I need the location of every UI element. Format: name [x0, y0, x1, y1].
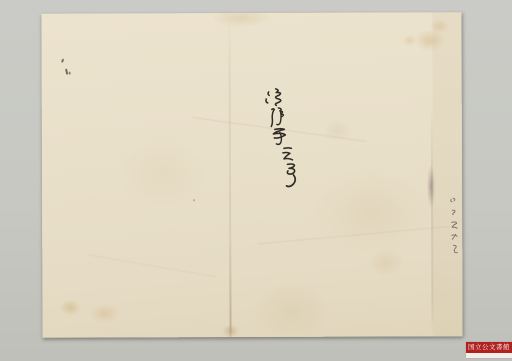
scanned-document-view: 国立公文書館 National Archives of Japan — [0, 0, 512, 361]
main-title-calligraphy — [260, 83, 310, 195]
folded-edge-strip — [432, 12, 462, 336]
purple-smudge-stain — [427, 164, 435, 208]
diagonal-crease — [258, 226, 452, 245]
ink-speck — [69, 72, 71, 75]
foxing-stains — [41, 12, 462, 337]
center-fold-crease — [228, 13, 231, 337]
archive-stamp-english-band: National Archives of Japan — [466, 353, 512, 358]
spine-label-calligraphy — [446, 195, 462, 257]
right-fold-crease — [431, 102, 434, 336]
archive-stamp-japanese: 国立公文書館 — [466, 342, 512, 353]
ink-speck — [65, 69, 68, 75]
archive-stamp: 国立公文書館 National Archives of Japan — [466, 342, 512, 358]
ink-speck — [193, 199, 195, 201]
paper-sheet — [41, 12, 462, 337]
ink-speck — [61, 58, 64, 62]
diagonal-crease — [88, 254, 216, 277]
